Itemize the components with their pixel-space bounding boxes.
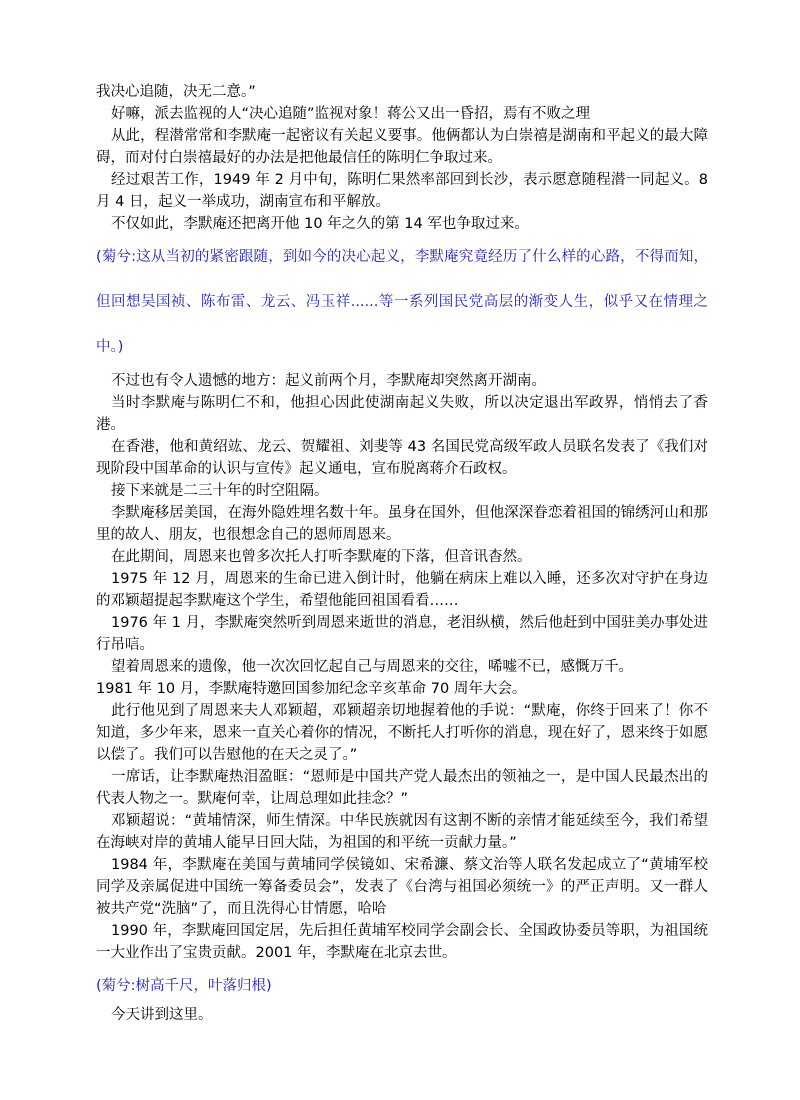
paragraph: 1990 年，李默庵回国定居，先后担任黄埔军校同学会副会长、全国政协委员等职，为…	[96, 920, 708, 964]
paragraph: 今天讲到这里。	[96, 1004, 708, 1026]
paragraph: 1984 年，李默庵在美国与黄埔同学侯镜如、宋希濂、蔡文治等人联名发起成立了“黄…	[96, 854, 708, 920]
paragraph: 从此，程潜常常和李默庵一起密议有关起义要事。他俩都认为白崇禧是湖南和平起义的最大…	[96, 125, 708, 169]
document-page: 我决心追随，决无二意。”好嘛，派去监视的人“决心追随”监视对象！蒋公又出一昏招，…	[96, 81, 708, 1026]
paragraph: 1976 年 1 月，李默庵突然听到周恩来逝世的消息，老泪纵横，然后他赶到中国驻…	[96, 612, 708, 656]
paragraph: 1975 年 12 月，周恩来的生命已进入倒计时，他躺在病床上难以入睡，还多次对…	[96, 568, 708, 612]
paragraph: 李默庵移居美国，在海外隐姓埋名数十年。虽身在国外，但他深深眷恋着祖国的锦绣河山和…	[96, 502, 708, 546]
paragraph: 一席话，让李默庵热泪盈眶：“恩师是中国共产党人最杰出的领袖之一，是中国人民最杰出…	[96, 766, 708, 810]
paragraph: 1981 年 10 月，李默庵特邀回国参加纪念辛亥革命 70 周年大会。	[96, 678, 708, 700]
paragraph: 在香港，他和黄绍竑、龙云、贺耀祖、刘斐等 43 名国民党高级军政人员联名发表了《…	[96, 436, 708, 480]
paragraph: 望着周恩来的遗像，他一次次回忆起自己与周恩来的交往，唏嘘不已，感慨万千。	[96, 656, 708, 678]
paragraph: 不仅如此，李默庵还把离开他 10 年之久的第 14 军也争取过来。	[96, 213, 708, 235]
paragraph: (菊兮:这从当初的紧密跟随，到如今的决心起义，李默庵究竟经历了什么样的心路，不得…	[96, 235, 708, 370]
paragraph: (菊兮:树高千尺，叶落归根)	[96, 975, 708, 997]
paragraph-list: 我决心追随，决无二意。”好嘛，派去监视的人“决心追随”监视对象！蒋公又出一昏招，…	[96, 81, 708, 1026]
paragraph: 接下来就是二三十年的时空阻隔。	[96, 480, 708, 502]
paragraph: 好嘛，派去监视的人“决心追随”监视对象！蒋公又出一昏招，焉有不败之理	[96, 103, 708, 125]
paragraph: 在此期间，周恩来也曾多次托人打听李默庵的下落，但音讯杳然。	[96, 546, 708, 568]
paragraph: 我决心追随，决无二意。”	[96, 81, 708, 103]
paragraph: 此行他见到了周恩来夫人邓颖超，邓颖超亲切地握着他的手说：“默庵，你终于回来了！你…	[96, 700, 708, 766]
paragraph: 不过也有令人遗憾的地方：起义前两个月，李默庵却突然离开湖南。	[96, 370, 708, 392]
paragraph: 当时李默庵与陈明仁不和，他担心因此使湖南起义失败，所以决定退出军政界，悄悄去了香…	[96, 392, 708, 436]
paragraph: 邓颖超说：“黄埔情深，师生情深。中华民族就因有这割不断的亲情才能延续至今，我们希…	[96, 810, 708, 854]
paragraph: 经过艰苦工作，1949 年 2 月中旬，陈明仁果然率部回到长沙，表示愿意随程潜一…	[96, 169, 708, 213]
